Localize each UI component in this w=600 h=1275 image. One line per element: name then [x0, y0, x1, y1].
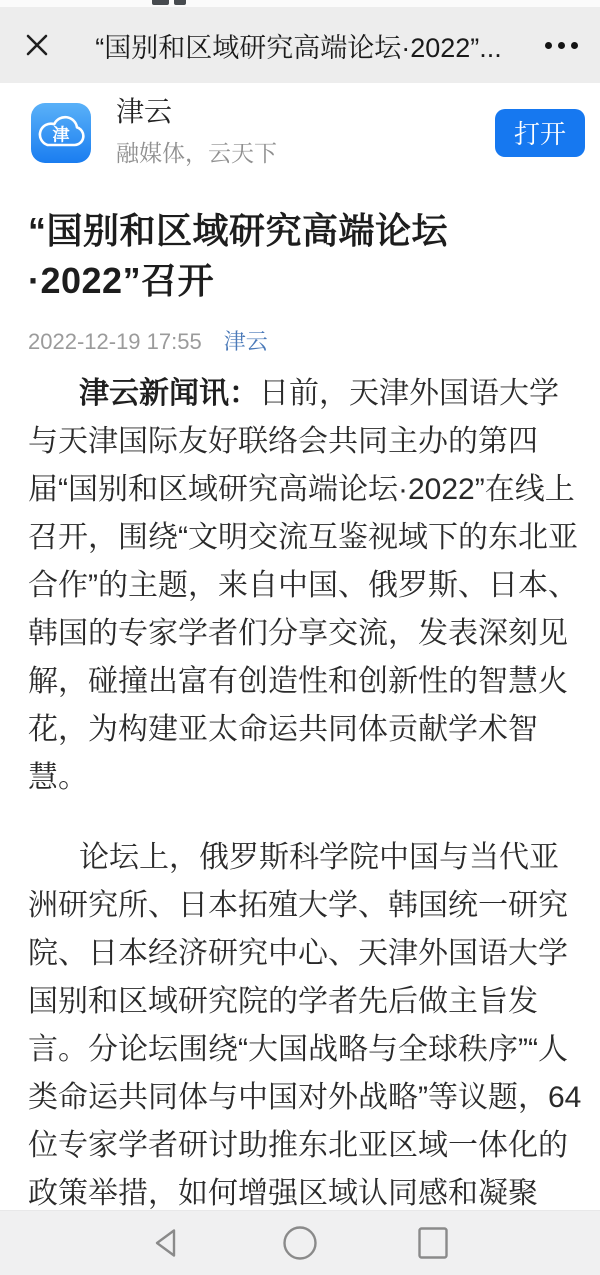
jinyun-cloud-icon: 津	[30, 102, 92, 164]
article-content: “国别和区域研究高端论坛 ·2022”召开 2022-12-19 17:55 津…	[0, 206, 600, 1218]
home-circle-icon	[281, 1224, 319, 1262]
nav-back-button[interactable]	[147, 1223, 187, 1263]
app-icon-letter: 津	[53, 124, 71, 144]
webview-titlebar: “国别和区域研究高端论坛·2022”...	[0, 7, 600, 83]
jinyun-app-icon[interactable]: 津	[30, 102, 92, 164]
article-body: 津云新闻讯：日前，天津外国语大学 与天津国际友好联络会共同主办的第四 届“国别和…	[28, 370, 572, 1218]
nav-home-button[interactable]	[280, 1223, 320, 1263]
status-bar-remnant	[0, 0, 600, 7]
app-name: 津云	[116, 97, 495, 128]
status-bar-artifact	[152, 0, 169, 5]
recents-square-icon	[416, 1226, 450, 1260]
wechat-webview-screen: “国别和区域研究高端论坛·2022”... 津	[0, 0, 600, 1275]
article-title: “国别和区域研究高端论坛 ·2022”召开	[28, 206, 572, 306]
article-paragraph: 论坛上，俄罗斯科学院中国与当代亚 洲研究所、日本拓殖大学、韩国统一研究 院、日本…	[28, 834, 572, 1218]
android-navbar	[0, 1210, 600, 1275]
publish-date: 2022-12-19 17:55	[28, 328, 202, 356]
more-icon	[571, 42, 578, 49]
nav-recents-button[interactable]	[413, 1223, 453, 1263]
app-banner-text: 津云 融媒体，云天下	[116, 97, 495, 169]
page-title: “国别和区域研究高端论坛·2022”...	[54, 26, 543, 65]
more-menu-button[interactable]	[543, 36, 580, 55]
more-icon	[558, 42, 565, 49]
close-icon	[22, 30, 52, 60]
app-tagline: 融媒体，云天下	[116, 135, 495, 168]
status-bar-artifact	[174, 0, 186, 5]
paragraph-lead: 津云新闻讯：	[79, 377, 259, 410]
paragraph-text: 论坛上，俄罗斯科学院中国与当代亚 洲研究所、日本拓殖大学、韩国统一研究 院、日本…	[28, 841, 581, 1210]
app-promo-banner: 津 津云 融媒体，云天下 打开	[0, 83, 600, 182]
open-app-button[interactable]: 打开	[495, 109, 585, 157]
back-triangle-icon	[150, 1226, 184, 1260]
article-meta: 2022-12-19 17:55 津云	[28, 328, 572, 356]
close-button[interactable]	[20, 28, 54, 62]
paragraph-text: 日前，天津外国语大学 与天津国际友好联络会共同主办的第四 届“国别和区域研究高端…	[28, 377, 578, 794]
source-link[interactable]: 津云	[224, 328, 268, 356]
more-icon	[545, 42, 552, 49]
article-paragraph: 津云新闻讯：日前，天津外国语大学 与天津国际友好联络会共同主办的第四 届“国别和…	[28, 370, 572, 802]
